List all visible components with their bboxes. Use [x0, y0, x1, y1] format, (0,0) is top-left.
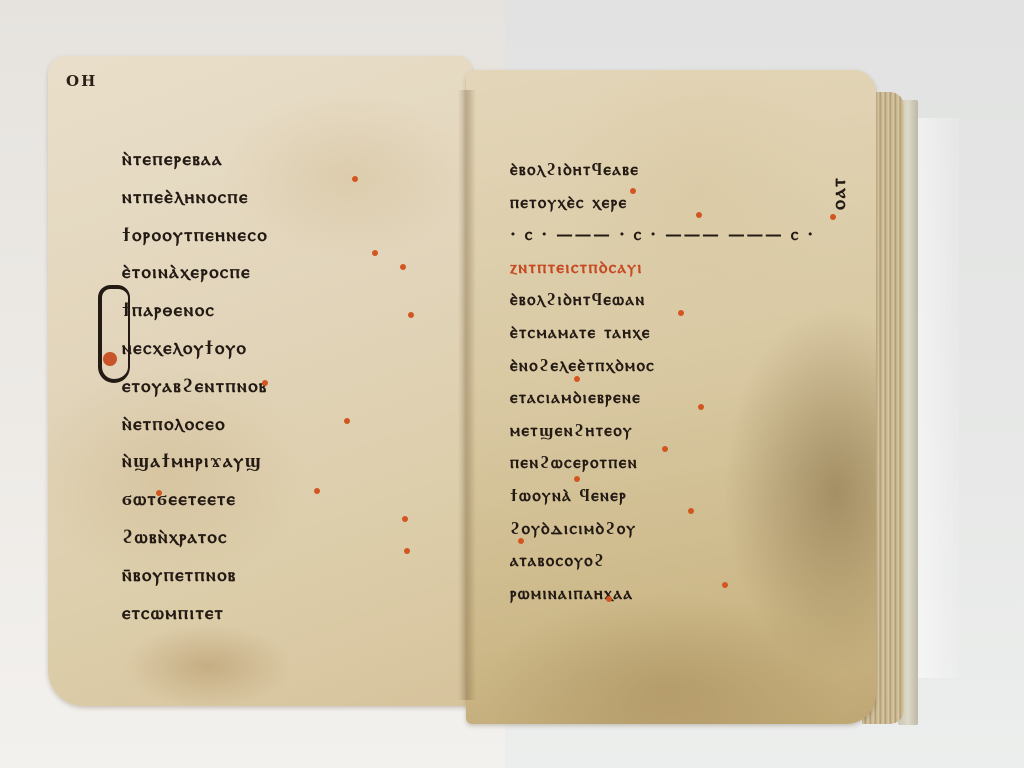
red-dot: [630, 188, 636, 194]
red-dot: [344, 418, 350, 424]
red-dot: [402, 516, 408, 522]
red-dot: [698, 404, 704, 410]
text-line: ⲛⲉⲥⲭⲉⲗⲟⲩϯⲟⲩⲟ: [122, 339, 268, 377]
text-line: ⲉ̀ⲛⲟϩⲉⲗⲉⲉ̀ⲧⲡⲭⲟ̀ⲙⲟⲥ: [510, 358, 815, 391]
red-dot: [662, 446, 668, 452]
red-dot: [678, 310, 684, 316]
left-page-text: ⲛ̀ⲧⲉⲡⲉⲣⲉⲃⲁⲁ ⲛⲧⲡⲉⲉ̀ⲗⲏⲛⲟⲥⲡⲉ ϯⲟⲣⲟⲟⲩⲧⲡⲉⲏⲛⲉⲥⲟ…: [122, 150, 268, 641]
red-dot: [722, 582, 728, 588]
text-line: ϭⲱⲧϭⲉⲉⲧⲉⲉⲧⲉ: [122, 490, 268, 528]
red-dot: [574, 476, 580, 482]
text-line: ⲉ̀ⲃⲟⲗϩⲓⲟ̀ⲏⲧϥⲉⲁⲃⲉ: [510, 162, 815, 195]
gutter-shadow: [458, 90, 476, 700]
text-line: ϯⲟⲣⲟⲟⲩⲧⲡⲉⲏⲛⲉⲥⲟ: [122, 226, 268, 264]
red-dot: [262, 380, 268, 386]
text-line: ϯⲱⲟⲩⲛⲁ̀ ϥⲉⲛⲉⲣ: [510, 488, 815, 521]
right-page-text: ⲉ̀ⲃⲟⲗϩⲓⲟ̀ⲏⲧϥⲉⲁⲃⲉ ⲡⲉⲧⲟⲩⲭⲉ̀ⲥ ⲭⲉⲣⲉ · ⲥ · ——…: [510, 162, 815, 618]
red-dot: [400, 264, 406, 270]
text-line: ϯⲡⲁⲣⲑⲉⲛⲟⲥ: [122, 301, 268, 339]
red-dot: [314, 488, 320, 494]
red-dot: [404, 548, 410, 554]
text-line: ⲉⲧⲥⲱⲙⲡⲓⲧⲉⲧ: [122, 604, 268, 642]
text-line: ⲛ̄ⲃⲟⲩⲡⲉⲧⲡⲛⲟⲃ: [122, 566, 268, 604]
red-dot: [606, 596, 612, 602]
text-line: ⲛⲧⲡⲉⲉ̀ⲗⲏⲛⲟⲥⲡⲉ: [122, 188, 268, 226]
text-line: ϩⲱⲃⲛ̀ⲭⲣⲁⲧⲟⲥ: [122, 528, 268, 566]
initial-red-dot: [103, 352, 117, 366]
text-line: · ⲥ · ——— · ⲥ · ——— ——— ⲥ ·: [510, 227, 815, 260]
text-line: ⲉ̀ⲧⲟⲓⲛⲁ̀ⲭⲉⲣⲟⲥⲡⲉ: [122, 263, 268, 301]
red-dot: [518, 538, 524, 544]
text-line: ⲉ̀ⲃⲟⲗϩⲓⲟ̀ⲏⲧϥⲉⲱⲁⲛ: [510, 292, 815, 325]
text-line: ⲉⲧⲁⲥⲓⲁⲙⲟ̀ⲓⲉⲃⲣⲉⲛⲉ: [510, 390, 815, 423]
rubric-line: ⲍⲛⲧⲡⲧⲉⲓⲥⲧⲡⲟ̀ⲥⲁⲩⲓ: [510, 260, 815, 293]
text-line: ⲡⲉⲧⲟⲩⲭⲉ̀ⲥ ⲭⲉⲣⲉ: [510, 195, 815, 228]
red-dot: [408, 312, 414, 318]
text-line: ⲣⲱⲙⲓⲛⲁⲓⲡⲁⲏⲭⲁⲁ: [510, 586, 815, 619]
red-dot: [688, 508, 694, 514]
red-dot: [696, 212, 702, 218]
text-line: ⲛ̀ⲧⲉⲡⲉⲣⲉⲃⲁⲁ: [122, 150, 268, 188]
text-line: ⲛ̀ⲉⲧⲡⲟⲗⲟⲥⲉⲟ: [122, 415, 268, 453]
text-line: ⲛ̀ϣⲁϯⲙⲏⲣⲓϫⲁⲩϣ: [122, 452, 268, 490]
red-dot: [574, 376, 580, 382]
margin-note: ⲟⲁⲧ: [826, 176, 850, 210]
text-line: ⲉ̀ⲧⲥⲙⲁⲙⲁⲧⲉ ⲧⲁⲏⲭⲉ: [510, 325, 815, 358]
red-dot: [372, 250, 378, 256]
red-dot: [352, 176, 358, 182]
text-line: ⲉⲧⲟⲩⲁⲃϩⲉⲛⲧⲡⲛⲟⲃ: [122, 377, 268, 415]
red-dot: [156, 490, 162, 496]
red-dot: [830, 214, 836, 220]
text-line: ⲡⲉⲛϩⲱⲥⲉⲣⲟⲧⲡⲉⲛ: [510, 455, 815, 488]
folio-number: ΟΗ: [66, 72, 97, 90]
text-line: ⲁⲧⲁⲃⲟⲥⲟⲩⲟϩ: [510, 553, 815, 586]
text-line: ϩⲟⲩⲟ̀ⲇⲓⲥⲓⲙⲟ̀ϩⲟⲩ: [510, 521, 815, 554]
